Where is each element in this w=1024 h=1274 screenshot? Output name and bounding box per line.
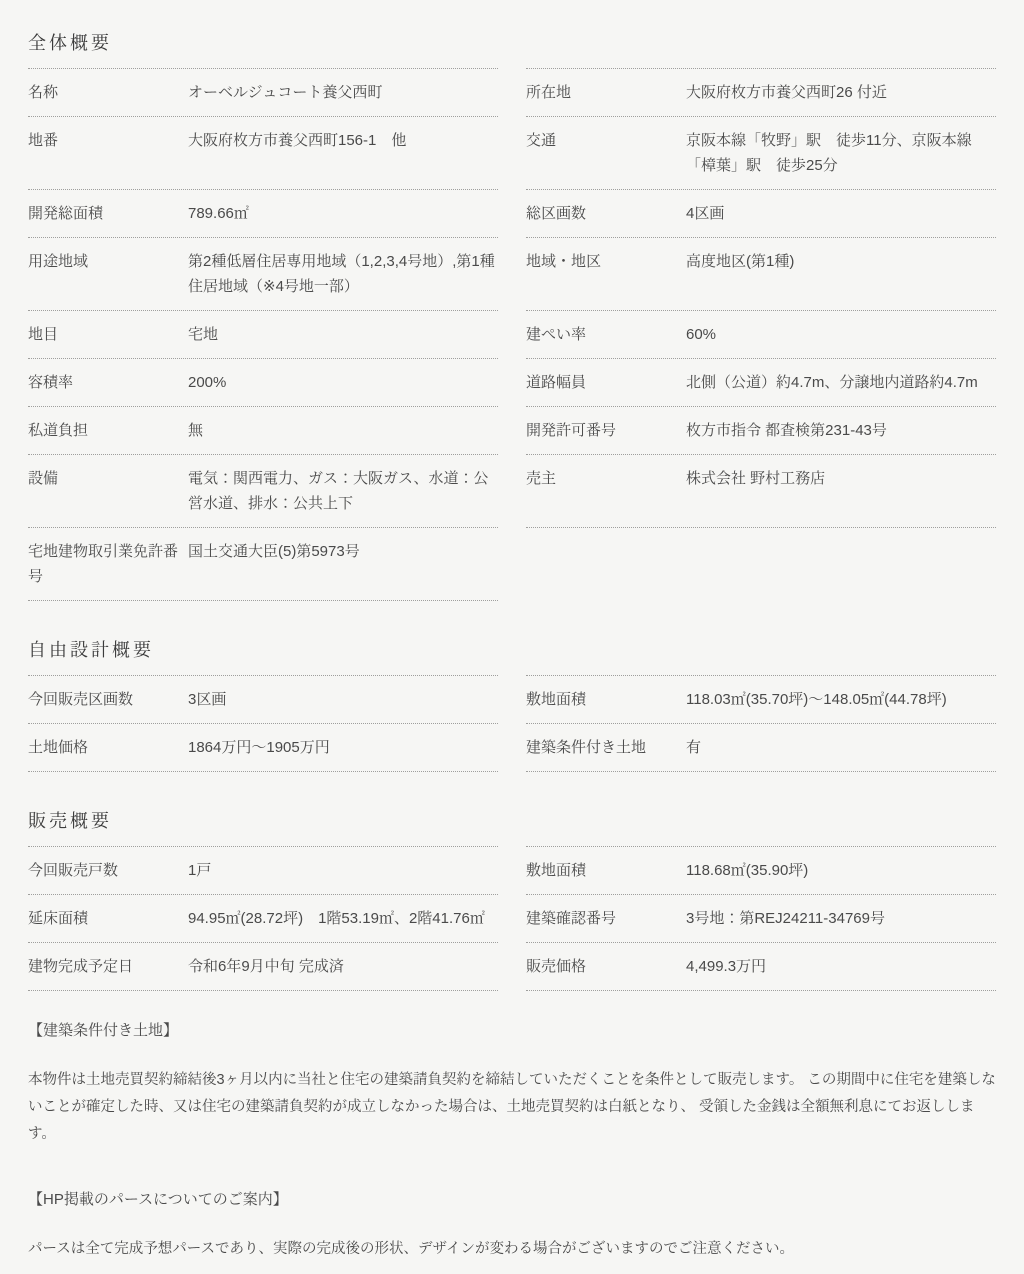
spec-cell-site-area: 敷地面積 118.68㎡(35.90坪) (526, 846, 996, 895)
spec-label: 用途地域 (28, 249, 188, 274)
spec-label: 建築確認番号 (526, 906, 686, 931)
spec-value: 電気：関西電力、ガス：大阪ガス、水道：公営水道、排水：公共上下 (188, 466, 498, 516)
spec-label: 道路幅員 (526, 370, 686, 395)
spec-table-sales: 今回販売戸数 1戸 敷地面積 118.68㎡(35.90坪) 延床面積 94.9… (28, 846, 996, 991)
spec-label: 売主 (526, 466, 686, 491)
spec-value: 118.03㎡(35.70坪)〜148.05㎡(44.78坪) (686, 687, 996, 712)
spec-cell-dev-permit: 開発許可番号 枚方市指令 都査検第231-43号 (526, 407, 996, 455)
spec-value: 200% (188, 370, 498, 395)
spec-value: 国土交通大臣(5)第5973号 (188, 539, 498, 564)
spec-cell-floor-area-ratio: 容積率 200% (28, 359, 498, 407)
spec-value: 789.66㎡ (188, 201, 498, 226)
spec-value: 京阪本線「牧野」駅 徒歩11分、京阪本線「樟葉」駅 徒歩25分 (686, 128, 996, 178)
spec-cell-license-number: 宅地建物取引業免許番号 国土交通大臣(5)第5973号 (28, 528, 498, 601)
spec-table-overall: 名称 オーベルジュコート養父西町 所在地 大阪府枚方市養父西町26 付近 地番 … (28, 68, 996, 601)
spec-cell-land-category: 地目 宅地 (28, 311, 498, 359)
spec-label: 総区画数 (526, 201, 686, 226)
section-sales-overview: 販売概要 今回販売戸数 1戸 敷地面積 118.68㎡(35.90坪) 延床面積… (28, 808, 996, 991)
section-title-sales: 販売概要 (28, 808, 996, 834)
spec-label: 敷地面積 (526, 858, 686, 883)
spec-cell-location: 所在地 大阪府枚方市養父西町26 付近 (526, 68, 996, 117)
spec-cell-total-lots: 総区画数 4区画 (526, 190, 996, 238)
spec-label: 私道負担 (28, 418, 188, 443)
spec-value: 3号地：第REJ24211-34769号 (686, 906, 996, 931)
spec-label: 地目 (28, 322, 188, 347)
spec-label: 今回販売戸数 (28, 858, 188, 883)
section-overall-overview: 全体概要 名称 オーベルジュコート養父西町 所在地 大阪府枚方市養父西町26 付… (28, 30, 996, 601)
spec-value: 有 (686, 735, 996, 760)
spec-label: 延床面積 (28, 906, 188, 931)
spec-value: 3区画 (188, 687, 498, 712)
spec-table-free-design: 今回販売区画数 3区画 敷地面積 118.03㎡(35.70坪)〜148.05㎡… (28, 675, 996, 772)
spec-cell-total-dev-area: 開発総面積 789.66㎡ (28, 190, 498, 238)
spec-value: 4区画 (686, 201, 996, 226)
notes-block: 【建築条件付き土地】 本物件は土地売買契約締結後3ヶ月以内に当社と住宅の建築請負… (28, 1021, 996, 1263)
section-title-overall: 全体概要 (28, 30, 996, 56)
spec-cell-name: 名称 オーベルジュコート養父西町 (28, 68, 498, 117)
spec-label: 土地価格 (28, 735, 188, 760)
spec-label: 所在地 (526, 80, 686, 105)
spec-value: 118.68㎡(35.90坪) (686, 858, 996, 883)
spec-value: 高度地区(第1種) (686, 249, 996, 274)
spec-value: オーベルジュコート養父西町 (188, 80, 498, 105)
spec-value: 60% (686, 322, 996, 347)
spec-cell-utilities: 設備 電気：関西電力、ガス：大阪ガス、水道：公営水道、排水：公共上下 (28, 455, 498, 528)
spec-label: 名称 (28, 80, 188, 105)
spec-label: 容積率 (28, 370, 188, 395)
spec-value: 第2種低層住居専用地域（1,2,3,4号地）,第1種住居地域（※4号地一部） (188, 249, 498, 299)
property-overview-page: 全体概要 名称 オーベルジュコート養父西町 所在地 大阪府枚方市養父西町26 付… (0, 0, 1024, 1274)
note-body-perspective-notice: パースは全て完成予想パースであり、実際の完成後の形状、デザインが変わる場合がござ… (28, 1236, 996, 1263)
spec-cell-units-for-sale: 今回販売戸数 1戸 (28, 846, 498, 895)
spec-label: 販売価格 (526, 954, 686, 979)
note-title-building-conditions: 【建築条件付き土地】 (28, 1021, 996, 1041)
spec-label: 開発総面積 (28, 201, 188, 226)
note-body-building-conditions: 本物件は土地売買契約締結後3ヶ月以内に当社と住宅の建築請負契約を締結していただく… (28, 1067, 996, 1148)
spec-cell-private-road: 私道負担 無 (28, 407, 498, 455)
spec-value: 枚方市指令 都査検第231-43号 (686, 418, 996, 443)
spec-label: 建物完成予定日 (28, 954, 188, 979)
spec-cell-transport: 交通 京阪本線「牧野」駅 徒歩11分、京阪本線「樟葉」駅 徒歩25分 (526, 117, 996, 190)
spec-value: 大阪府枚方市養父西町156-1 他 (188, 128, 498, 153)
spec-value: 1戸 (188, 858, 498, 883)
spec-label: 開発許可番号 (526, 418, 686, 443)
spec-cell-blank (526, 528, 996, 601)
note-title-perspective-notice: 【HP掲載のパースについてのご案内】 (28, 1190, 996, 1210)
spec-value: 4,499.3万円 (686, 954, 996, 979)
spec-value: 令和6年9月中旬 完成済 (188, 954, 498, 979)
spec-cell-lots-for-sale: 今回販売区画数 3区画 (28, 675, 498, 724)
spec-label: 地番 (28, 128, 188, 153)
spec-value: 宅地 (188, 322, 498, 347)
spec-cell-zoning: 用途地域 第2種低層住居専用地域（1,2,3,4号地）,第1種住居地域（※4号地… (28, 238, 498, 311)
spec-cell-coverage-ratio: 建ぺい率 60% (526, 311, 996, 359)
spec-cell-site-area-range: 敷地面積 118.03㎡(35.70坪)〜148.05㎡(44.78坪) (526, 675, 996, 724)
spec-label: 建ぺい率 (526, 322, 686, 347)
spec-value: 北側（公道）約4.7m、分譲地内道路約4.7m (686, 370, 996, 395)
spec-label: 敷地面積 (526, 687, 686, 712)
spec-cell-building-conditions: 建築条件付き土地 有 (526, 724, 996, 772)
spec-cell-sale-price: 販売価格 4,499.3万円 (526, 943, 996, 991)
spec-label: 建築条件付き土地 (526, 735, 686, 760)
spec-cell-district: 地域・地区 高度地区(第1種) (526, 238, 996, 311)
spec-value: 無 (188, 418, 498, 443)
spec-cell-seller: 売主 株式会社 野村工務店 (526, 455, 996, 528)
spec-value: 1864万円〜1905万円 (188, 735, 498, 760)
spec-cell-completion-date: 建物完成予定日 令和6年9月中旬 完成済 (28, 943, 498, 991)
spec-value: 株式会社 野村工務店 (686, 466, 996, 491)
section-free-design-overview: 自由設計概要 今回販売区画数 3区画 敷地面積 118.03㎡(35.70坪)〜… (28, 637, 996, 772)
spec-cell-total-floor-area: 延床面積 94.95㎡(28.72坪) 1階53.19㎡、2階41.76㎡ (28, 895, 498, 943)
section-title-free-design: 自由設計概要 (28, 637, 996, 663)
spec-label: 宅地建物取引業免許番号 (28, 539, 188, 589)
spec-cell-land-price: 土地価格 1864万円〜1905万円 (28, 724, 498, 772)
spec-value: 大阪府枚方市養父西町26 付近 (686, 80, 996, 105)
spec-label: 交通 (526, 128, 686, 153)
spec-cell-lot-number: 地番 大阪府枚方市養父西町156-1 他 (28, 117, 498, 190)
spec-cell-building-confirmation: 建築確認番号 3号地：第REJ24211-34769号 (526, 895, 996, 943)
spec-label: 設備 (28, 466, 188, 491)
spec-value: 94.95㎡(28.72坪) 1階53.19㎡、2階41.76㎡ (188, 906, 498, 931)
spec-label: 地域・地区 (526, 249, 686, 274)
spec-label: 今回販売区画数 (28, 687, 188, 712)
spec-cell-road-width: 道路幅員 北側（公道）約4.7m、分譲地内道路約4.7m (526, 359, 996, 407)
